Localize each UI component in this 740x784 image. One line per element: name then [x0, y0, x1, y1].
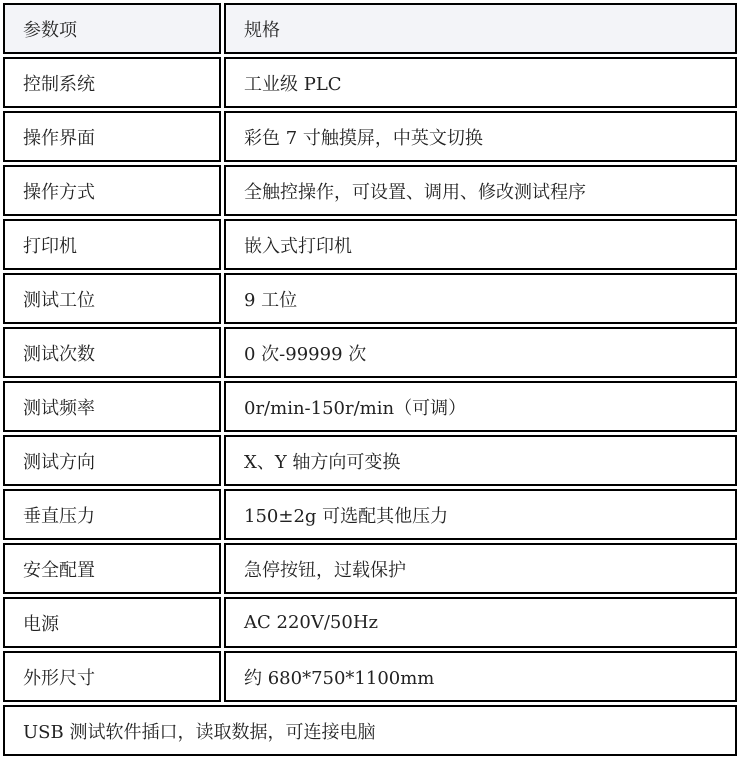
table-row: 控制系统 工业级 PLC: [3, 57, 737, 108]
row-param: 测试工位: [3, 273, 221, 324]
row-spec: 彩色 7 寸触摸屏，中英文切换: [224, 111, 737, 162]
row-param: 电源: [3, 597, 221, 648]
table-row: 外形尺寸 约 680*750*1100mm: [3, 651, 737, 702]
table-row: 操作方式 全触控操作，可设置、调用、修改测试程序: [3, 165, 737, 216]
row-param: 控制系统: [3, 57, 221, 108]
row-param: 操作界面: [3, 111, 221, 162]
row-param: 测试频率: [3, 381, 221, 432]
row-param: 操作方式: [3, 165, 221, 216]
table-row: 安全配置 急停按钮，过载保护: [3, 543, 737, 594]
row-param: 外形尺寸: [3, 651, 221, 702]
row-spec: 约 680*750*1100mm: [224, 651, 737, 702]
row-spec: 0 次-99999 次: [224, 327, 737, 378]
row-spec: 150±2g 可选配其他压力: [224, 489, 737, 540]
table-row: 测试次数 0 次-99999 次: [3, 327, 737, 378]
row-spec: 0r/min-150r/min（可调）: [224, 381, 737, 432]
row-spec: 嵌入式打印机: [224, 219, 737, 270]
header-param: 参数项: [3, 3, 221, 54]
table-row: 垂直压力 150±2g 可选配其他压力: [3, 489, 737, 540]
row-param: 垂直压力: [3, 489, 221, 540]
spec-table: 参数项 规格 控制系统 工业级 PLC 操作界面 彩色 7 寸触摸屏，中英文切换…: [0, 0, 740, 759]
table-row: 操作界面 彩色 7 寸触摸屏，中英文切换: [3, 111, 737, 162]
row-spec: 急停按钮，过载保护: [224, 543, 737, 594]
row-spec: X、Y 轴方向可变换: [224, 435, 737, 486]
table-row: 电源 AC 220V/50Hz: [3, 597, 737, 648]
row-param: 打印机: [3, 219, 221, 270]
table-row: 测试工位 9 工位: [3, 273, 737, 324]
header-spec: 规格: [224, 3, 737, 54]
row-param: 安全配置: [3, 543, 221, 594]
row-param: 测试次数: [3, 327, 221, 378]
table-footer-row: USB 测试软件插口，读取数据，可连接电脑: [3, 705, 737, 756]
row-spec: 全触控操作，可设置、调用、修改测试程序: [224, 165, 737, 216]
row-param: 测试方向: [3, 435, 221, 486]
row-spec: 9 工位: [224, 273, 737, 324]
table-row: 测试方向 X、Y 轴方向可变换: [3, 435, 737, 486]
footer-note: USB 测试软件插口，读取数据，可连接电脑: [3, 705, 737, 756]
table-row: 测试频率 0r/min-150r/min（可调）: [3, 381, 737, 432]
table-row: 打印机 嵌入式打印机: [3, 219, 737, 270]
row-spec: 工业级 PLC: [224, 57, 737, 108]
row-spec: AC 220V/50Hz: [224, 597, 737, 648]
table-header-row: 参数项 规格: [3, 3, 737, 54]
